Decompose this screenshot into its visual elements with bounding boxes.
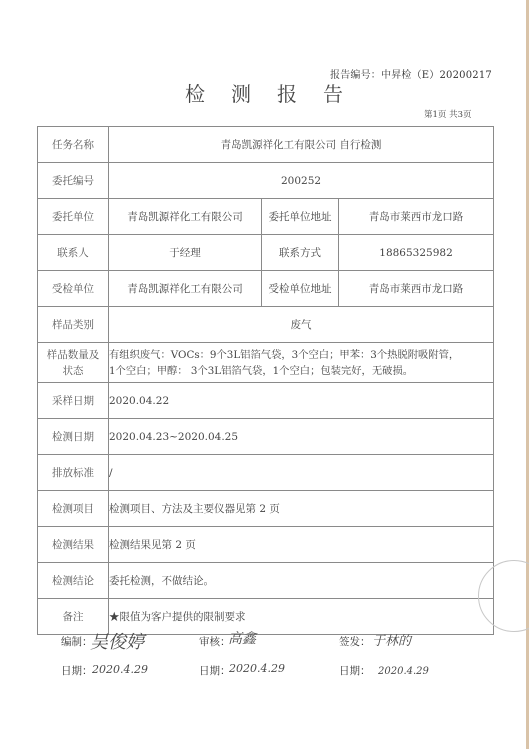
row-test-date: 检测日期 2020.04.23~2020.04.25 <box>38 419 494 455</box>
value-client: 青岛凯源祥化工有限公司 <box>109 199 262 235</box>
report-title: 检测报告 <box>185 78 369 107</box>
row-standard: 排放标准 / <box>38 455 494 491</box>
row-test-results: 检测结果 检测结果见第 2 页 <box>38 527 494 563</box>
value-sample-qty: 有组织废气：VOCs：9个3L铝箔气袋，3个空白；甲苯：3个热脱附吸附管， 1个… <box>109 343 494 383</box>
issued-date: 2020.4.29 <box>378 666 429 677</box>
row-sample-type: 样品类别 废气 <box>38 307 494 343</box>
label-inspected-address: 受检单位地址 <box>262 271 339 307</box>
value-sample-qty-line1: 有组织废气：VOCs：9个3L铝箔气袋，3个空白；甲苯：3个热脱附吸附管， <box>109 347 493 363</box>
prepared-signature: 吴俊婷 <box>90 628 144 654</box>
reviewed-date-label: 日期： <box>199 663 231 678</box>
row-client: 委托单位 青岛凯源祥化工有限公司 委托单位地址 青岛市莱西市龙口路 <box>38 199 494 235</box>
reviewed-date: 2020.4.29 <box>229 662 285 675</box>
prepared-date: 2020.4.29 <box>92 663 148 676</box>
label-conclusion: 检测结论 <box>38 563 109 599</box>
row-task-name: 任务名称 青岛凯源祥化工有限公司 自行检测 <box>38 127 494 163</box>
value-test-items: 检测项目、方法及主要仪器见第 2 页 <box>109 491 494 527</box>
value-inspected: 青岛凯源祥化工有限公司 <box>109 271 262 307</box>
label-task-name: 任务名称 <box>38 127 109 163</box>
value-test-date: 2020.04.23~2020.04.25 <box>109 419 494 455</box>
label-test-items: 检测项目 <box>38 491 109 527</box>
label-test-date: 检测日期 <box>38 419 109 455</box>
value-remarks: ★限值为客户提供的限制要求 <box>109 599 494 635</box>
row-contact: 联系人 于经理 联系方式 18865325982 <box>38 235 494 271</box>
value-sample-qty-line2: 1个空白；甲醇： 3个3L铝箔气袋，1个空白；包装完好，无破损。 <box>109 363 493 379</box>
row-sampling-date: 采样日期 2020.04.22 <box>38 383 494 419</box>
prepared-date-label: 日期： <box>61 663 93 678</box>
title-char: 报 <box>277 78 297 107</box>
label-inspected: 受检单位 <box>38 271 109 307</box>
value-sample-type: 废气 <box>109 307 494 343</box>
issued-signature: 于林的 <box>372 630 411 649</box>
label-test-results: 检测结果 <box>38 527 109 563</box>
row-test-items: 检测项目 检测项目、方法及主要仪器见第 2 页 <box>38 491 494 527</box>
value-inspected-address: 青岛市莱西市龙口路 <box>339 271 494 307</box>
label-sample-qty: 样品数量及 状态 <box>38 343 109 383</box>
row-commission-no: 委托编号 200252 <box>38 163 494 199</box>
label-commission-no: 委托编号 <box>38 163 109 199</box>
reviewed-label: 审核： <box>199 634 231 649</box>
title-char: 检 <box>185 78 205 107</box>
row-conclusion: 检测结论 委托检测，不做结论。 <box>38 563 494 599</box>
value-phone: 18865325982 <box>339 235 494 271</box>
value-task-name: 青岛凯源祥化工有限公司 自行检测 <box>109 127 494 163</box>
row-sample-qty: 样品数量及 状态 有组织废气：VOCs：9个3L铝箔气袋，3个空白；甲苯：3个热… <box>38 343 494 383</box>
value-conclusion: 委托检测，不做结论。 <box>109 563 494 599</box>
value-commission-no: 200252 <box>109 163 494 199</box>
issued-label: 签发： <box>339 634 371 649</box>
title-char: 测 <box>231 78 251 107</box>
report-table: 任务名称 青岛凯源祥化工有限公司 自行检测 委托编号 200252 委托单位 青… <box>37 126 494 635</box>
label-phone: 联系方式 <box>262 235 339 271</box>
label-sample-qty-line2: 状态 <box>38 363 108 379</box>
value-sampling-date: 2020.04.22 <box>109 383 494 419</box>
page-info: 第1页 共3页 <box>424 108 472 120</box>
label-client: 委托单位 <box>38 199 109 235</box>
label-standard: 排放标准 <box>38 455 109 491</box>
value-standard: / <box>109 455 494 491</box>
reviewed-signature: 高鑫 <box>228 628 256 648</box>
row-inspected: 受检单位 青岛凯源祥化工有限公司 受检单位地址 青岛市莱西市龙口路 <box>38 271 494 307</box>
label-contact: 联系人 <box>38 235 109 271</box>
title-char: 告 <box>323 78 343 107</box>
label-client-address: 委托单位地址 <box>262 199 339 235</box>
issued-date-label: 日期： <box>339 663 371 678</box>
prepared-label: 编制： <box>61 634 93 649</box>
label-sampling-date: 采样日期 <box>38 383 109 419</box>
value-contact: 于经理 <box>109 235 262 271</box>
value-client-address: 青岛市莱西市龙口路 <box>339 199 494 235</box>
label-sample-type: 样品类别 <box>38 307 109 343</box>
value-test-results: 检测结果见第 2 页 <box>109 527 494 563</box>
label-sample-qty-line1: 样品数量及 <box>38 347 108 363</box>
